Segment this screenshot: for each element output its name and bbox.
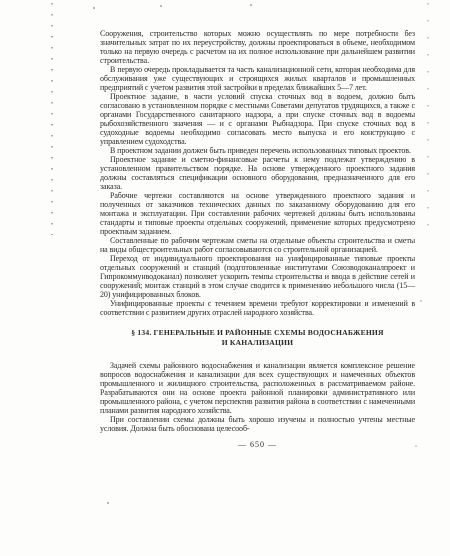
scan-speck: [420, 300, 422, 302]
scan-speck: [93, 7, 95, 9]
scanned-book-page: Сооружения, строительство которых можно …: [0, 0, 450, 556]
body-paragraph: При составлении схемы должны быть хорошо…: [100, 415, 415, 433]
scan-speck: [250, 4, 252, 6]
scan-artifact-left-dots: [51, 3, 53, 235]
text-column: Сооружения, строительство которых можно …: [100, 29, 415, 449]
body-paragraph: Унифицированные проекты с течением време…: [100, 299, 415, 317]
body-paragraph: Переход от индивидуального проектировани…: [100, 254, 415, 299]
scan-speck: [107, 502, 109, 504]
body-paragraph: Проектное задание, в части условий спуск…: [100, 92, 415, 146]
body-paragraph: Составленные по рабочим чертежам сметы н…: [100, 236, 415, 254]
body-paragraph: Проектное задание и сметно-финансовые ра…: [100, 155, 415, 191]
body-paragraph: Рабочие чертежи составляются на основе у…: [100, 191, 415, 236]
page-number: — 650 —: [100, 440, 415, 449]
scan-speck: [160, 5, 162, 7]
section-heading-line1: § 134. ГЕНЕРАЛЬНЫЕ И РАЙОННЫЕ СХЕМЫ ВОДО…: [114, 328, 401, 338]
body-paragraph: Задачей схемы районного водоснабжения и …: [100, 361, 415, 415]
section-heading-line2: И КАНАЛИЗАЦИИ: [114, 338, 401, 348]
section-heading: § 134. ГЕНЕРАЛЬНЫЕ И РАЙОННЫЕ СХЕМЫ ВОДО…: [114, 328, 401, 348]
body-paragraph: Сооружения, строительство которых можно …: [100, 29, 415, 65]
scan-speck: [415, 445, 417, 447]
body-paragraph: В проектном задании должен быть приведен…: [100, 146, 415, 155]
scan-artifact-right-dots: [427, 3, 429, 238]
body-paragraph: В первую очередь прокладывается та часть…: [100, 65, 415, 92]
